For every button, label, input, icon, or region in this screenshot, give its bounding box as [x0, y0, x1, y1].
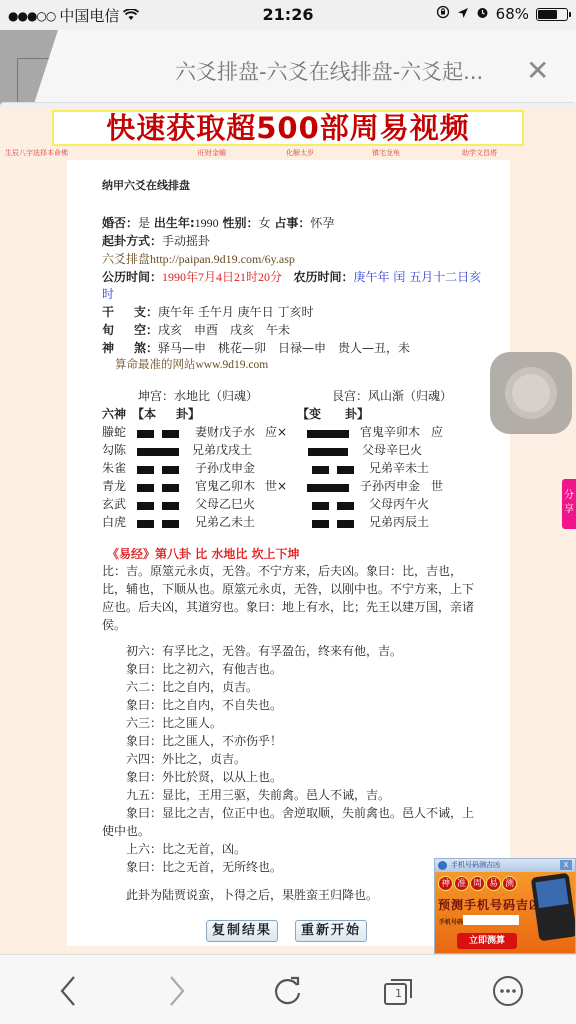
promo-banner[interactable]: 快速获取超500部周易视频	[52, 110, 524, 146]
yijing-heading: 《易经》第八卦 比 水地比 坎上下坤	[107, 546, 300, 563]
location-icon	[457, 5, 469, 23]
mobile-phone-image	[531, 873, 576, 942]
browser-tab-bar: ●●● 六爻排盘-六爻在线排盘-六爻起... ✕	[0, 30, 576, 108]
more-menu-button[interactable]	[488, 971, 528, 1011]
ben-line-text: 子孙戊申金	[195, 460, 255, 477]
xunkong-line: 旬空：戌亥 申酉 戌亥 午未	[102, 322, 290, 339]
ben-gua-header-right: 卦】	[176, 406, 200, 423]
bian-line-text: 父母辛巳火	[362, 442, 422, 459]
shensha-line: 神煞：驿马—申 桃花—卯 日禄—申 贵人—丑，未	[102, 340, 410, 357]
close-tab-button[interactable]: ✕	[526, 54, 549, 87]
yao-text-line: 象曰：比之匪人，不亦伤乎！	[126, 733, 282, 750]
bian-line-mark: 应	[431, 424, 443, 441]
ben-line-text: 官鬼乙卯木	[195, 478, 255, 495]
ad-close-button[interactable]: X	[560, 860, 572, 870]
bian-line-text: 兄弟辛未土	[369, 460, 429, 477]
yao-text-line: 象曰：显比之吉，位正中也。舍逆取顺，失前禽也。邑人不诫，上	[126, 805, 474, 822]
nav-link-birth-buddha[interactable]: 生辰八字选择本命佛	[5, 148, 68, 158]
restart-button[interactable]: 重新开始	[295, 920, 367, 942]
ad-slogan: 预测手机号码吉凶	[438, 896, 542, 913]
ben-gua-palace: 坤宫：水地比（归魂）	[138, 388, 258, 405]
site-link[interactable]: 六爻排盘http://paipan.9d19.com/6y.asp	[102, 251, 295, 268]
copy-result-button[interactable]: 复制结果	[206, 920, 278, 942]
liushen-god: 青龙	[102, 478, 126, 495]
yao-text-line: 象曰：比之无首，无所终也。	[126, 859, 282, 876]
yijing-paragraph-line: 比，辅也，下顺从也。原筮元永贞，无咎，以刚中也。不宁方来，上下	[102, 581, 474, 598]
ganzhi-line: 干支：庚午年 壬午月 庚午日 丁亥时	[102, 304, 313, 321]
ad-calculate-button[interactable]: 立即测算	[457, 933, 517, 949]
ben-line-text: 妻财戊子水	[195, 424, 255, 441]
phone-number-ad[interactable]: 手机号码测吉凶 X 神 准 周 易 测 预测手机号码吉凶 手机号码： 立即测算	[434, 858, 576, 954]
nav-link-golden-toad[interactable]: 旺财金蟾	[198, 148, 226, 158]
bian-yin-line	[312, 466, 354, 474]
battery-icon	[536, 8, 568, 21]
bian-line-text: 子孙丙申金	[360, 478, 420, 495]
method-line: 起卦方式：手动摇卦	[102, 233, 210, 250]
yijing-paragraph-line: 侯。	[102, 617, 126, 634]
yao-text-line: 象曰：外比於贤，以从上也。	[126, 769, 282, 786]
ben-yin-line	[137, 430, 179, 438]
yao-text-line: 六二：比之自内，贞吉。	[126, 679, 258, 696]
web-content: 快速获取超500部周易视频 生辰八字选择本命佛 旺财金蟾 化解太岁 镇宅龙龟 助…	[0, 108, 576, 954]
bian-yin-line	[312, 520, 354, 528]
bian-yang-line	[308, 448, 348, 456]
chevron-right-icon	[167, 975, 187, 1007]
bian-yang-line	[307, 484, 349, 492]
result-title: 纳甲六爻在线排盘	[102, 177, 190, 194]
reload-button[interactable]	[268, 971, 308, 1011]
yao-text-line: 六四：外比之，贞吉。	[126, 751, 246, 768]
liushen-header: 六神	[102, 406, 126, 423]
liushen-god: 螣蛇	[102, 424, 126, 441]
back-button[interactable]	[48, 971, 88, 1011]
yao-text-line: 使中也。	[102, 823, 150, 840]
bian-yin-line	[312, 502, 354, 510]
ben-yin-line	[137, 520, 179, 528]
bian-line-text: 父母丙午火	[369, 496, 429, 513]
yijing-paragraph-line: 比：吉。原筮元永贞，无咎。不宁方来，后夫凶。象曰：比，吉也，	[102, 563, 462, 580]
screen: ●●●○○ 中国电信 21:26 68% ●●● 六爻排	[0, 0, 576, 1024]
liushen-god: 勾陈	[102, 442, 126, 459]
lunar-time-continued: 时	[102, 286, 114, 303]
bian-gua-header-right: 卦】	[345, 406, 369, 423]
ben-line-mark: 应×	[265, 424, 287, 441]
battery-percentage: 68%	[496, 5, 529, 23]
tab-count: 1	[395, 987, 402, 1000]
orientation-lock-icon	[436, 5, 450, 23]
basic-info-line: 婚否：是 出生年:1990 性别：女 占事：怀孕	[102, 215, 334, 232]
assistive-touch-button[interactable]	[490, 352, 572, 434]
ad-headline: 神 准 周 易 测	[438, 876, 517, 891]
liushen-god: 白虎	[102, 514, 126, 531]
liushen-god: 朱雀	[102, 460, 126, 477]
share-button[interactable]: 分 享	[562, 479, 576, 529]
liushen-god: 玄武	[102, 496, 126, 513]
time-line: 公历时间：1990年7月4日21时20分 农历时间：庚午年 闰 五月十二日亥	[102, 269, 481, 286]
ben-yin-line	[137, 466, 179, 474]
tabs-button[interactable]: 1	[378, 971, 418, 1011]
yao-text-line: 六三：比之匪人。	[126, 715, 222, 732]
nav-link-dragon-turtle[interactable]: 镇宅龙龟	[372, 148, 400, 158]
ben-line-text: 兄弟戊戌土	[192, 442, 252, 459]
ben-line-mark: 世×	[265, 478, 287, 495]
hexagram-story: 此卦为陆贾说蛮，卜得之后，果胜蛮王归降也。	[126, 887, 378, 904]
alarm-icon	[476, 5, 489, 23]
chevron-left-icon	[58, 975, 78, 1007]
bian-line-text: 官鬼辛卯木	[360, 424, 420, 441]
promo-site-link[interactable]: 算命最准的网站www.9d19.com	[115, 356, 268, 374]
ben-line-text: 兄弟乙未土	[195, 514, 255, 531]
nav-link-tai-sui[interactable]: 化解太岁	[286, 148, 314, 158]
yao-text-line: 初六：有孚比之，无咎。有孚盈缶，终来有他，吉。	[126, 643, 402, 660]
ben-line-text: 父母乙巳火	[195, 496, 255, 513]
status-bar: ●●●○○ 中国电信 21:26 68%	[0, 0, 576, 30]
bian-yang-line	[307, 430, 349, 438]
yao-text-line: 象曰：比之初六，有他吉也。	[126, 661, 282, 678]
bian-line-text: 兄弟丙辰土	[369, 514, 429, 531]
bian-gua-header-left: 【变	[297, 406, 321, 423]
bian-gua-palace: 艮宫：风山渐（归魂）	[332, 388, 452, 405]
yao-text-line: 象曰：比之自内，不自失也。	[126, 697, 282, 714]
ben-yin-line	[137, 502, 179, 510]
speaker-icon	[438, 861, 447, 870]
tab-title: 六爻排盘-六爻在线排盘-六爻起...	[175, 56, 483, 86]
bian-line-mark: 世	[431, 478, 443, 495]
ben-yin-line	[137, 484, 179, 492]
ben-yang-line	[137, 448, 179, 456]
browser-toolbar: 1	[0, 954, 576, 1024]
more-options-icon	[492, 975, 524, 1007]
ad-phone-input[interactable]	[463, 915, 519, 925]
forward-button[interactable]	[157, 971, 197, 1011]
result-panel: 纳甲六爻在线排盘 婚否：是 出生年:1990 性别：女 占事：怀孕 起卦方式：手…	[67, 160, 510, 946]
yijing-paragraph-line: 应也。后夫凶，其道穷也。象曰：地上有水，比；先王以建万国，亲诸	[102, 599, 474, 616]
nav-links: 生辰八字选择本命佛 旺财金蟾 化解太岁 镇宅龙龟 助学文昌塔	[0, 148, 576, 160]
refresh-icon	[273, 975, 303, 1007]
yao-text-line: 上六：比之无首，凶。	[126, 841, 246, 858]
nav-link-wenchang-tower[interactable]: 助学文昌塔	[462, 148, 497, 158]
ben-gua-header-left: 【本	[132, 406, 156, 423]
ad-header-text: 手机号码测吉凶	[451, 861, 500, 869]
yao-text-line: 九五：显比，王用三驱，失前禽。邑人不诫，吉。	[126, 787, 390, 804]
